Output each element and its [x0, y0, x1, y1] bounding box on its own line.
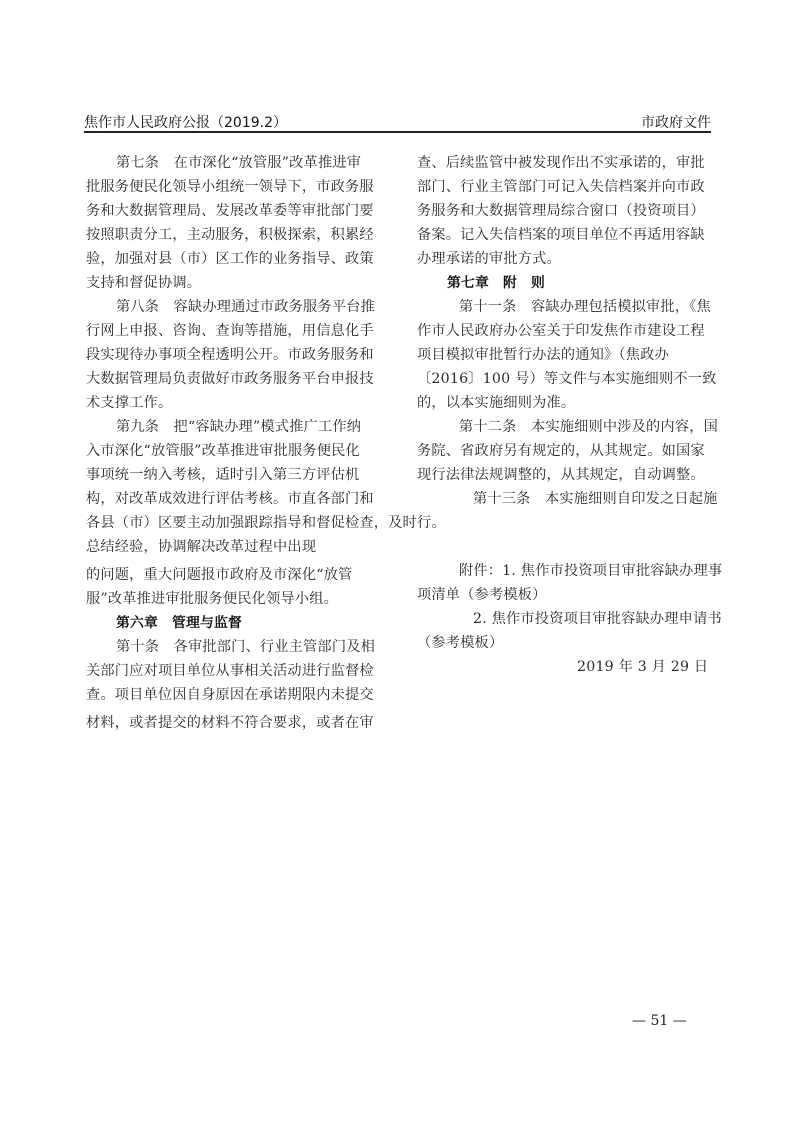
document-date: 2019 年 3 月 29 日	[417, 655, 717, 679]
text-line: 务服务和大数据管理局综合窗口（投资项目）	[417, 199, 717, 223]
running-header: 焦作市人民政府公报（2019.2） 市政府文件	[84, 110, 711, 132]
left-column: 第七条 在市深化“放管服”改革推进审批服务便民化领导小组统一领导下，市政务服务和…	[86, 151, 386, 735]
text-line: 第十三条 本实施细则自印发之日起施	[417, 487, 717, 511]
text-line: 事项统一纳入考核，适时引入第三方评估机	[86, 463, 386, 487]
text-line: 批服务便民化领导小组统一领导下，市政务服	[86, 175, 386, 199]
text-line	[417, 535, 717, 559]
text-line: 按照职责分工，主动服务，积极探索，积累经	[86, 223, 386, 247]
text-line: 部门、行业主管部门可记入失信档案并向市政	[417, 175, 717, 199]
text-line: 的，以本实施细则为准。	[417, 391, 717, 415]
text-line: 务院、省政府另有规定的，从其规定。如国家	[417, 439, 717, 463]
text-line: 第八条 容缺办理通过市政务服务平台推	[86, 295, 386, 319]
text-line: 关部门应对项目单位从事相关活动进行监督检	[86, 659, 386, 683]
page-number: — 51 —	[632, 1013, 687, 1029]
text-line: （参考模板）	[417, 631, 717, 655]
text-line: 服”改革推进审批服务便民化领导小组。	[86, 587, 386, 611]
text-line: 第十一条 容缺办理包括模拟审批，《焦	[417, 295, 717, 319]
text-line: 行网上申报、咨询、查询等措施，用信息化手	[86, 319, 386, 343]
text-line: 大数据管理局负责做好市政务服务平台申报技	[86, 367, 386, 391]
text-line: 〔2016〕100 号）等文件与本实施细则不一致	[417, 367, 717, 391]
text-line: 项清单（参考模板）	[417, 583, 717, 607]
text-line: 的问题，重大问题报市政府及市深化“放管	[86, 563, 386, 587]
text-line: 2. 焦作市投资项目审批容缺办理申请书	[417, 607, 717, 631]
publication-title: 焦作市人民政府公报（2019.2）	[84, 112, 287, 132]
text-line: 项目模拟审批暂行办法的通知》（焦政办	[417, 343, 717, 367]
text-line: 第九条 把“容缺办理”模式推广工作纳	[86, 415, 386, 439]
text-line: 术支撑工作。	[86, 391, 386, 415]
text-line: 材料，或者提交的材料不符合要求，或者在审	[86, 711, 386, 735]
text-line: 第十二条 本实施细则中涉及的内容，国	[417, 415, 717, 439]
text-line: 第十条 各审批部门、行业主管部门及相	[86, 635, 386, 659]
text-line: 作市人民政府办公室关于印发焦作市建设工程	[417, 319, 717, 343]
text-line: 现行法律法规调整的，从其规定，自动调整。	[417, 463, 717, 487]
text-line: 段实现待办事项全程透明公开。市政务服务和	[86, 343, 386, 367]
text-line: 构，对改革成效进行评估考核。市直各部门和	[86, 487, 386, 511]
text-line: 第七条 在市深化“放管服”改革推进审	[86, 151, 386, 175]
text-line: 验，加强对县（市）区工作的业务指导、政策	[86, 247, 386, 271]
text-line: 查。项目单位因自身原因在承诺期限内未提交	[86, 683, 386, 707]
chapter-heading: 第六章 管理与监督	[86, 611, 386, 635]
text-line: 务和大数据管理局、发展改革委等审批部门要	[86, 199, 386, 223]
text-line: 行。	[417, 511, 717, 535]
chapter-heading: 第七章 附 则	[417, 271, 717, 295]
header-rule	[84, 131, 711, 133]
text-line: 查、后续监管中被发现作出不实承诺的，审批	[417, 151, 717, 175]
text-line: 总结经验，协调解决改革过程中出现	[86, 535, 386, 559]
section-label: 市政府文件	[641, 112, 711, 132]
right-column: 查、后续监管中被发现作出不实承诺的，审批部门、行业主管部门可记入失信档案并向市政…	[417, 151, 717, 679]
text-line: 支持和督促协调。	[86, 271, 386, 295]
text-line: 备案。记入失信档案的项目单位不再适用容缺	[417, 223, 717, 247]
text-line: 入市深化“放管服”改革推进审批服务便民化	[86, 439, 386, 463]
text-line: 办理承诺的审批方式。	[417, 247, 717, 271]
text-line: 各县（市）区要主动加强跟踪指导和督促检查，及时	[86, 511, 386, 535]
text-line: 附件：1. 焦作市投资项目审批容缺办理事	[417, 559, 717, 583]
